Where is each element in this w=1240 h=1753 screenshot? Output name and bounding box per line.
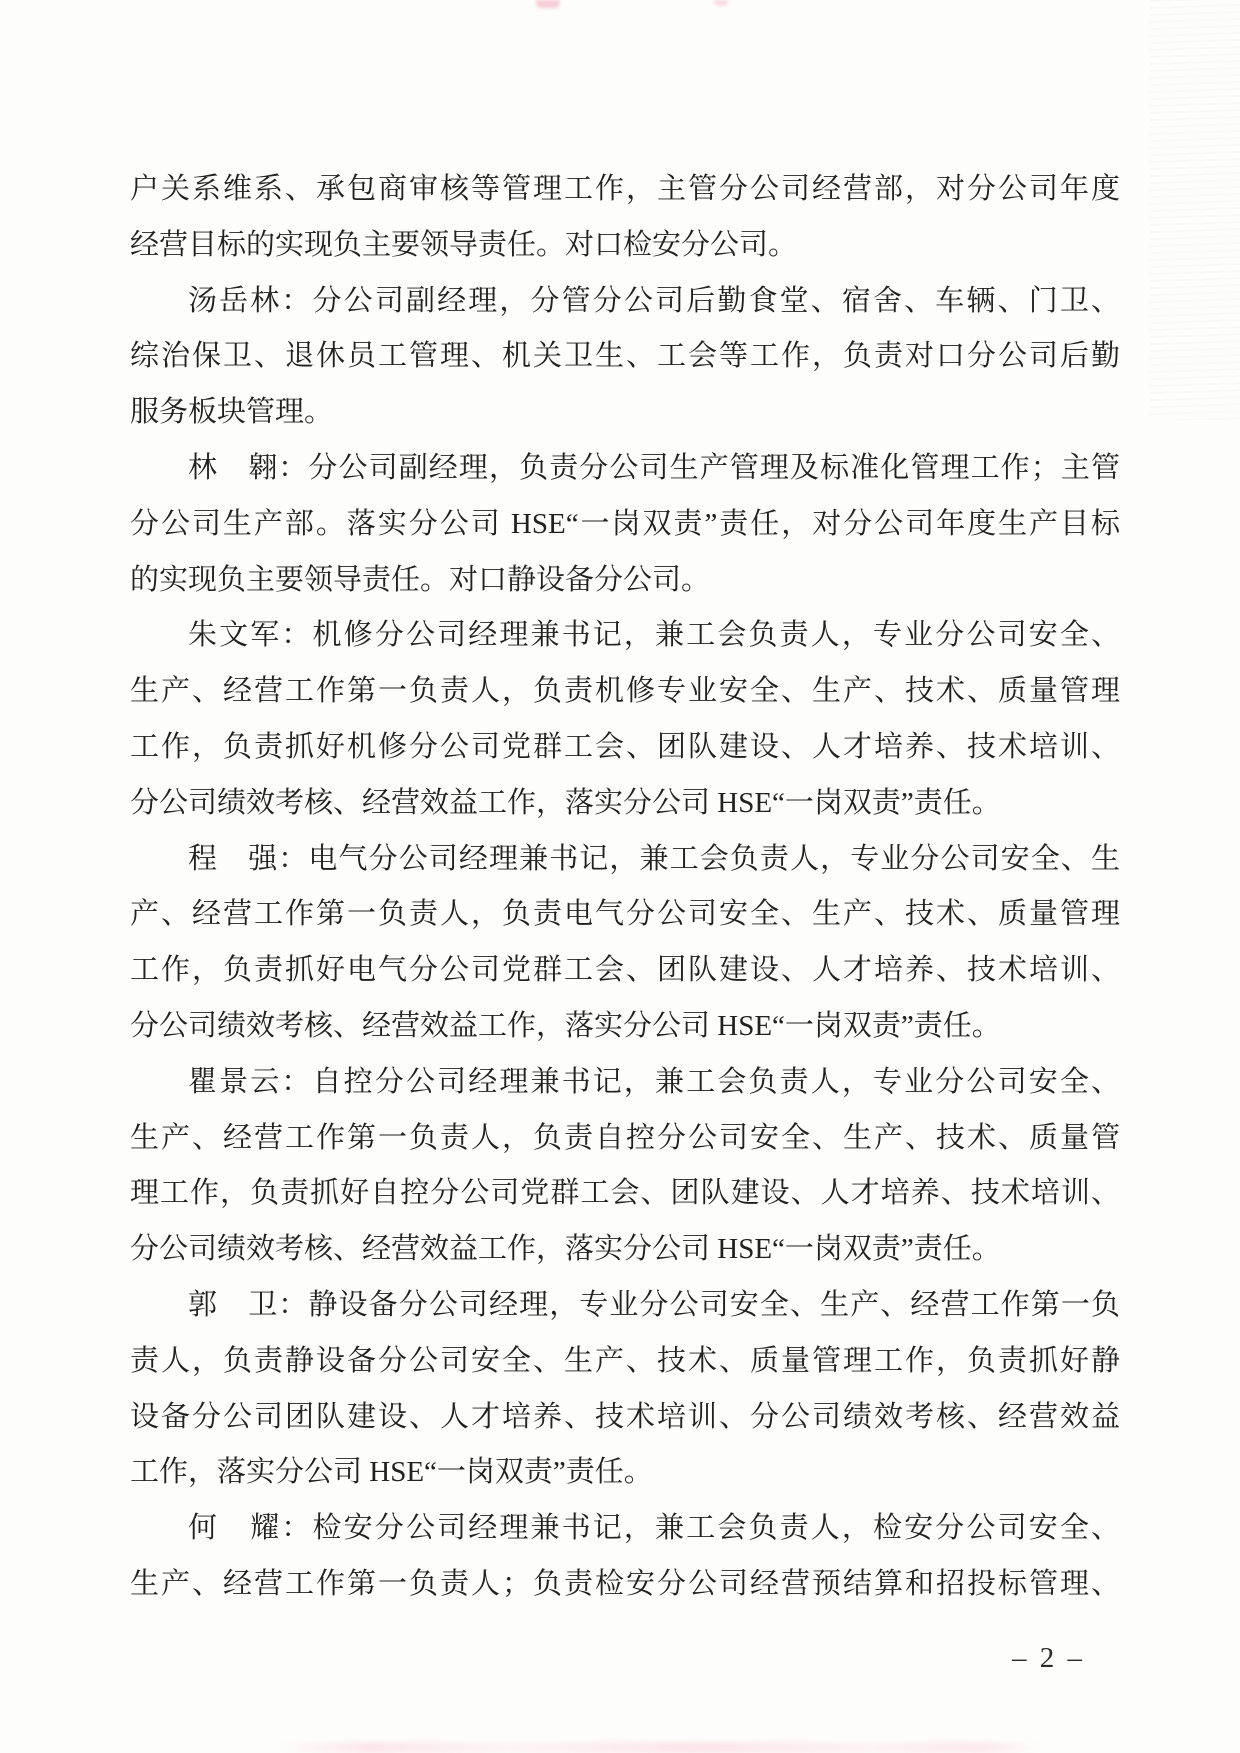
scan-artifact-top <box>714 0 728 6</box>
page-number: – 2 – <box>1012 1638 1085 1678</box>
paragraph-cheng-qiang: 程 强：电气分公司经理兼书记，兼工会负责人，专业分公司安全、生 产、经营工作第一… <box>130 832 1120 1055</box>
text-line: 经营目标的实现负主要领导责任。对口检安分公司。 <box>130 218 1120 274</box>
text-line: 产、经营工作第一负责人，负责电气分公司安全、生产、技术、质量管理 <box>130 887 1120 943</box>
text-line: 生产、经营工作第一负责人，负责机修专业安全、生产、技术、质量管理 <box>130 664 1120 720</box>
text-line: 工作，落实分公司 HSE“一岗双责”责任。 <box>130 1445 1120 1501</box>
paragraph-guo-wei: 郭 卫：静设备分公司经理，专业分公司安全、生产、经营工作第一负 责人，负责静设备… <box>130 1278 1120 1501</box>
scan-artifact-bottom <box>280 1742 1040 1753</box>
document-body: 户关系维系、承包商审核等管理工作，主管分公司经营部，对分公司年度 经营目标的实现… <box>130 162 1120 1613</box>
text-line: 的实现负主要领导责任。对口静设备分公司。 <box>130 553 1120 609</box>
text-line: 综治保卫、退休员工管理、机关卫生、工会等工作，负责对口分公司后勤 <box>130 329 1120 385</box>
scan-artifact-top <box>536 0 560 8</box>
text-line: 工作，负责抓好机修分公司党群工会、团队建设、人才培养、技术培训、 <box>130 720 1120 776</box>
text-line: 理工作，负责抓好自控分公司党群工会、团队建设、人才培养、技术培训、 <box>130 1166 1120 1222</box>
text-line: 瞿景云：自控分公司经理兼书记，兼工会负责人，专业分公司安全、 <box>130 1055 1120 1111</box>
paragraph-lin-ao: 林 翱：分公司副经理，负责分公司生产管理及标准化管理工作；主管 分公司生产部。落… <box>130 441 1120 608</box>
text-line: 分公司绩效考核、经营效益工作，落实分公司 HSE“一岗双责”责任。 <box>130 999 1120 1055</box>
text-line: 分公司绩效考核、经营效益工作，落实分公司 HSE“一岗双责”责任。 <box>130 776 1120 832</box>
text-line: 分公司生产部。落实分公司 HSE“一岗双责”责任，对分公司年度生产目标 <box>130 497 1120 553</box>
text-line: 责人，负责静设备分公司安全、生产、技术、质量管理工作，负责抓好静 <box>130 1334 1120 1390</box>
document-page: 户关系维系、承包商审核等管理工作，主管分公司经营部，对分公司年度 经营目标的实现… <box>0 0 1240 1753</box>
text-line: 户关系维系、承包商审核等管理工作，主管分公司经营部，对分公司年度 <box>130 162 1120 218</box>
text-line: 程 强：电气分公司经理兼书记，兼工会负责人，专业分公司安全、生 <box>130 832 1120 888</box>
text-line: 林 翱：分公司副经理，负责分公司生产管理及标准化管理工作；主管 <box>130 441 1120 497</box>
paragraph-continuation: 户关系维系、承包商审核等管理工作，主管分公司经营部，对分公司年度 经营目标的实现… <box>130 162 1120 274</box>
text-line: 生产、经营工作第一负责人；负责检安分公司经营预结算和招投标管理、 <box>130 1557 1120 1613</box>
paragraph-zhu-wenjun: 朱文军：机修分公司经理兼书记，兼工会负责人，专业分公司安全、 生产、经营工作第一… <box>130 608 1120 831</box>
text-line: 生产、经营工作第一负责人，负责自控分公司安全、生产、技术、质量管 <box>130 1111 1120 1167</box>
paragraph-tang-yuelin: 汤岳林：分公司副经理，分管分公司后勤食堂、宿舍、车辆、门卫、 综治保卫、退休员工… <box>130 274 1120 441</box>
paragraph-he-yao: 何 耀：检安分公司经理兼书记，兼工会负责人，检安分公司安全、 生产、经营工作第一… <box>130 1501 1120 1613</box>
text-line: 郭 卫：静设备分公司经理，专业分公司安全、生产、经营工作第一负 <box>130 1278 1120 1334</box>
text-line: 服务板块管理。 <box>130 385 1120 441</box>
text-line: 设备分公司团队建设、人才培养、技术培训、分公司绩效考核、经营效益 <box>130 1390 1120 1446</box>
text-line: 工作，负责抓好电气分公司党群工会、团队建设、人才培养、技术培训、 <box>130 943 1120 999</box>
text-line: 汤岳林：分公司副经理，分管分公司后勤食堂、宿舍、车辆、门卫、 <box>130 274 1120 330</box>
text-line: 分公司绩效考核、经营效益工作，落实分公司 HSE“一岗双责”责任。 <box>130 1222 1120 1278</box>
text-line: 何 耀：检安分公司经理兼书记，兼工会负责人，检安分公司安全、 <box>130 1501 1120 1557</box>
text-line: 朱文军：机修分公司经理兼书记，兼工会负责人，专业分公司安全、 <box>130 608 1120 664</box>
paragraph-qu-jingyun: 瞿景云：自控分公司经理兼书记，兼工会负责人，专业分公司安全、 生产、经营工作第一… <box>130 1055 1120 1278</box>
